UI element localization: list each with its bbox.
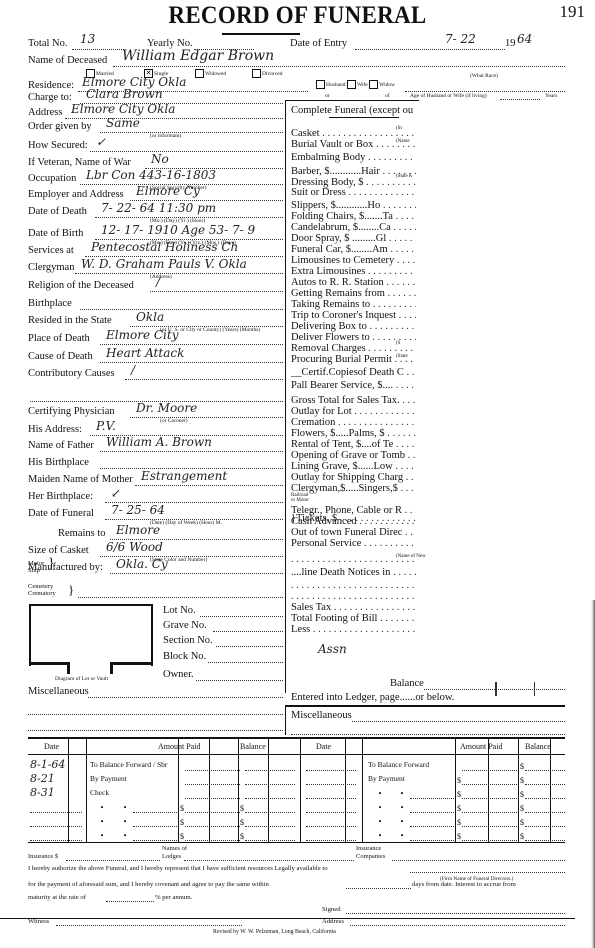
charges-heading-underline bbox=[329, 117, 399, 118]
field-label: Place of Death bbox=[28, 333, 90, 345]
ledger-balance-symbol: $ bbox=[520, 790, 524, 799]
witness-label: Witness bbox=[28, 919, 49, 925]
field-label: Resided in the State bbox=[28, 315, 112, 327]
ledger-balance-field[interactable] bbox=[245, 770, 295, 771]
date-of-entry-label: Date of Entry bbox=[290, 38, 347, 50]
field-line[interactable] bbox=[125, 379, 283, 380]
ledger-balance-field[interactable] bbox=[525, 840, 565, 841]
ledger-amount-header: Amount Paid bbox=[460, 742, 502, 751]
ledger-date-field[interactable] bbox=[306, 798, 356, 799]
ledger-date[interactable]: 8-21 bbox=[30, 772, 55, 785]
marital-widowed[interactable]: Widowed bbox=[195, 69, 226, 78]
maturity-text-a: maturity at the rate of bbox=[28, 895, 86, 901]
maturity-text-b: % per annum. bbox=[155, 895, 192, 901]
motor-ship-brace: } bbox=[48, 558, 55, 570]
misc-right-field[interactable] bbox=[352, 721, 565, 722]
ledger-desc-field[interactable] bbox=[410, 826, 454, 827]
field-sublabel: (Date) (Day of Week) (Hour) M. bbox=[150, 520, 222, 526]
grave-no-label: Grave No. bbox=[163, 620, 207, 632]
revised-by: Revised by W. W. Pelzeman, Long Beach, C… bbox=[213, 929, 336, 935]
spouse-or: or bbox=[325, 93, 330, 99]
field-value[interactable]: William A. Brown bbox=[106, 436, 212, 449]
ledger-balance-field[interactable] bbox=[245, 784, 295, 785]
ledger-amount-symbol: $ bbox=[180, 818, 184, 827]
ledger-balance-header: Balance bbox=[240, 742, 266, 751]
insurance-label: Insurance $ bbox=[28, 854, 58, 860]
ledger-balance-symbol: $ bbox=[240, 818, 244, 827]
ledger-bullet: • bbox=[378, 790, 382, 798]
ledger-divider bbox=[285, 705, 565, 707]
section-no-label: Section No. bbox=[163, 635, 213, 647]
lodges-field[interactable] bbox=[184, 860, 354, 861]
what-race-label: (What Race) bbox=[470, 73, 498, 79]
ledger-row[interactable] bbox=[28, 788, 318, 801]
crematory-label: Crematory bbox=[28, 591, 56, 597]
field-value[interactable]: / bbox=[156, 276, 160, 289]
title-underline bbox=[222, 33, 300, 35]
field-value[interactable]: 7- 25- 64 bbox=[111, 504, 165, 517]
cemetery-brace: } bbox=[68, 584, 74, 596]
ledger-bullet: • bbox=[400, 818, 404, 826]
less-value[interactable]: Assn bbox=[318, 643, 347, 656]
field-value[interactable]: Pentecostal Holiness Ch bbox=[91, 241, 238, 254]
field-label: Services at bbox=[28, 245, 74, 257]
days-field[interactable] bbox=[346, 888, 411, 889]
field-value[interactable]: 6/6 Wood bbox=[106, 541, 163, 554]
companies-field[interactable] bbox=[392, 860, 565, 861]
ledger-amount-field[interactable] bbox=[185, 798, 240, 799]
owner-field[interactable] bbox=[196, 680, 283, 681]
field-label: Her Birthplace: bbox=[28, 491, 93, 503]
ledger-description[interactable]: Check bbox=[90, 788, 109, 797]
ledger-amount-header: Amount Paid bbox=[158, 742, 200, 751]
diagram-leg-left bbox=[67, 662, 70, 674]
ledger-balance-field[interactable] bbox=[245, 798, 295, 799]
ledger-date-field[interactable] bbox=[306, 826, 356, 827]
field-value[interactable]: Estrangement bbox=[141, 470, 227, 483]
field-line[interactable] bbox=[150, 291, 283, 292]
field-line[interactable] bbox=[110, 573, 283, 574]
field-label: Name of Father bbox=[28, 440, 94, 452]
authorize-text: I hereby authorize the above Funeral, an… bbox=[28, 866, 328, 872]
ledger-row[interactable] bbox=[28, 816, 318, 829]
marital-divorced[interactable]: Divorced bbox=[252, 69, 282, 78]
ledger-date-header: Date bbox=[44, 742, 59, 751]
field-label: Charge to: bbox=[28, 92, 72, 104]
field-value[interactable]: 12- 17- 1910 Age 53- 7- 9 bbox=[101, 224, 255, 237]
diagram-leg-right bbox=[110, 662, 113, 674]
diagram-caption: Diagram of Lot or Vault bbox=[55, 676, 108, 682]
payment-text-a: for the payment of aforesaid sum, and I … bbox=[28, 882, 269, 888]
field-value[interactable]: ✓ bbox=[96, 136, 106, 149]
ledger-desc-field[interactable] bbox=[133, 840, 177, 841]
spouse-of: of bbox=[385, 93, 390, 99]
ledger-balance-symbol: $ bbox=[240, 832, 244, 841]
firm-name-field[interactable] bbox=[410, 872, 565, 873]
ledger-bullet: • bbox=[378, 832, 382, 840]
field-label: Occupation bbox=[28, 173, 76, 185]
spouse-name-line[interactable] bbox=[405, 91, 565, 92]
payment-text-b: days from date. Interest to accrue from bbox=[412, 882, 516, 888]
ledger-amount-symbol: $ bbox=[457, 790, 461, 799]
year-value[interactable]: 64 bbox=[517, 33, 532, 46]
ledger-amount-field[interactable] bbox=[462, 798, 517, 799]
ledger-date-field[interactable] bbox=[306, 770, 356, 771]
ledger-date-field[interactable] bbox=[30, 840, 82, 841]
spouse-age-unit: Years bbox=[545, 93, 557, 99]
ledger-desc-field[interactable] bbox=[133, 826, 177, 827]
deceased-name-line bbox=[113, 66, 565, 67]
ledger-header-rule bbox=[28, 754, 318, 755]
address-label: Address bbox=[322, 919, 344, 925]
misc-right-border bbox=[285, 705, 286, 735]
misc-right-label: Miscellaneous bbox=[291, 710, 352, 722]
field-label: Address bbox=[28, 107, 62, 119]
companies-label-2: Companies bbox=[356, 854, 385, 860]
ledger-balance-field[interactable] bbox=[525, 812, 565, 813]
field-value[interactable]: / bbox=[131, 364, 135, 377]
signed-field[interactable] bbox=[346, 913, 565, 914]
ledger-amount-field[interactable] bbox=[462, 812, 517, 813]
field-line[interactable] bbox=[135, 485, 283, 486]
ledger-date-field[interactable] bbox=[306, 812, 356, 813]
residence-label: Residence: bbox=[28, 80, 74, 92]
field-value[interactable]: W. D. Graham Pauls V. Okla bbox=[81, 258, 247, 271]
field-value[interactable]: Elmore Cy bbox=[136, 185, 200, 198]
field-line[interactable] bbox=[100, 344, 283, 345]
ledger-balance-field[interactable] bbox=[245, 826, 295, 827]
ledger-row[interactable] bbox=[300, 774, 565, 787]
date-of-entry-value[interactable]: 7- 22 bbox=[445, 33, 476, 46]
ledger-balance-field[interactable] bbox=[245, 840, 295, 841]
field-label: Religion of the Deceased bbox=[28, 280, 134, 292]
charges-heading: Complete Funeral (except ou bbox=[291, 105, 413, 117]
field-label: His Birthplace bbox=[28, 457, 89, 469]
cemetery-field[interactable] bbox=[78, 597, 283, 598]
field-label: Maiden Name of Mother bbox=[28, 474, 133, 486]
husband-checkbox[interactable] bbox=[316, 80, 325, 89]
ledger-balance-header: Balance bbox=[525, 742, 551, 751]
ledger-bullet: • bbox=[123, 804, 127, 812]
field-line[interactable] bbox=[100, 362, 283, 363]
ledger-description[interactable]: By Payment bbox=[90, 774, 127, 783]
charge-label: Less bbox=[291, 624, 310, 635]
ledger-bullet: • bbox=[400, 832, 404, 840]
field-line[interactable] bbox=[100, 132, 283, 133]
ledger-bullet: • bbox=[100, 804, 104, 812]
total-no-label: Total No. bbox=[28, 38, 68, 50]
misc-right-line-2[interactable] bbox=[291, 734, 565, 735]
ledger-date-header: Date bbox=[316, 742, 331, 751]
ledger-date[interactable]: 8-31 bbox=[30, 786, 55, 799]
field-line[interactable] bbox=[75, 273, 283, 274]
field-value[interactable]: 7- 22- 64 11:30 pm bbox=[101, 202, 216, 215]
ledger-balance-symbol: $ bbox=[520, 832, 524, 841]
ledger-date[interactable]: 8-1-64 bbox=[30, 758, 65, 771]
ledger-balance-symbol: $ bbox=[520, 776, 524, 785]
ledger-row[interactable] bbox=[300, 802, 565, 815]
ledger-bullet: • bbox=[100, 832, 104, 840]
lot-no-label: Lot No. bbox=[163, 605, 196, 617]
widowed-checkbox[interactable] bbox=[195, 69, 204, 78]
ledger-bottom-rule bbox=[28, 842, 565, 843]
lodges-label-1: Names of bbox=[162, 846, 187, 852]
lot-diagram bbox=[29, 604, 153, 666]
spouse-age-label: Age of Husband or Wife (if living) bbox=[410, 93, 487, 99]
ledger-amount-field[interactable] bbox=[185, 812, 240, 813]
ledger-bullet: • bbox=[400, 790, 404, 798]
ledger-amount-symbol: $ bbox=[180, 804, 184, 813]
field-value[interactable]: Okla. Cy bbox=[116, 558, 168, 571]
ledger-desc-field[interactable] bbox=[410, 812, 454, 813]
ledger-balance-symbol: $ bbox=[520, 818, 524, 827]
field-value[interactable]: No bbox=[151, 153, 169, 166]
ledger-balance-field[interactable] bbox=[245, 812, 295, 813]
block-no-label: Block No. bbox=[163, 651, 206, 663]
spouse-age-field[interactable] bbox=[500, 99, 540, 100]
deceased-name-label: Name of Deceased bbox=[28, 55, 107, 67]
interest-rate-field[interactable] bbox=[106, 901, 154, 902]
ledger-date-field[interactable] bbox=[306, 840, 356, 841]
ledger-amount-symbol: $ bbox=[457, 818, 461, 827]
field-label: Size of Casket bbox=[28, 545, 89, 557]
ledger-amount-field[interactable] bbox=[462, 770, 517, 771]
ledger-date-field[interactable] bbox=[30, 826, 82, 827]
field-label: Order given by bbox=[28, 121, 92, 133]
field-value[interactable]: Dr. Moore bbox=[136, 402, 197, 415]
spouse-options: Husband Wife Widow bbox=[316, 80, 395, 89]
field-sublabel: (Address) bbox=[150, 274, 172, 280]
ledger-amount-symbol: $ bbox=[457, 832, 461, 841]
insurance-field[interactable] bbox=[66, 860, 160, 861]
ledger-bullet: • bbox=[378, 818, 382, 826]
balance-mark-1 bbox=[495, 682, 497, 696]
field-value[interactable]: ↙ bbox=[111, 487, 121, 500]
ledger-bullet: • bbox=[378, 804, 382, 812]
ledger-amount-field[interactable] bbox=[462, 784, 517, 785]
owner-label: Owner. bbox=[163, 669, 194, 681]
field-line[interactable] bbox=[65, 118, 283, 119]
balance-label: Balance bbox=[390, 678, 424, 690]
ledger-row[interactable] bbox=[300, 788, 565, 801]
field-value[interactable]: Elmore bbox=[116, 524, 160, 537]
ledger-balance-field[interactable] bbox=[525, 784, 565, 785]
ledger-bullet: • bbox=[123, 832, 127, 840]
field-value[interactable]: Clara Brown bbox=[86, 88, 163, 101]
ledger-bullet: • bbox=[400, 804, 404, 812]
ledger-date-field[interactable] bbox=[306, 784, 356, 785]
field-label: Contributory Causes bbox=[28, 368, 115, 380]
grave-no-field[interactable] bbox=[213, 631, 283, 632]
witness-field[interactable] bbox=[56, 925, 242, 926]
misc-left-line-3[interactable] bbox=[28, 730, 283, 731]
charge-row[interactable]: Less . . . . . . . . . . . . . . . . . .… bbox=[291, 617, 416, 636]
year-prefix: 19 bbox=[505, 38, 516, 50]
field-value[interactable]: Lbr Con 443-16-1803 bbox=[86, 169, 216, 182]
ledger-balance-field[interactable] bbox=[525, 826, 565, 827]
address-field[interactable] bbox=[350, 925, 565, 926]
field-label: Date of Funeral bbox=[28, 508, 94, 520]
ledger-balance-symbol: $ bbox=[520, 804, 524, 813]
ledger-description[interactable]: To Balance Forward / Sbr bbox=[90, 760, 167, 769]
lot-no-field[interactable] bbox=[200, 616, 283, 617]
ledger-balance-symbol: $ bbox=[240, 804, 244, 813]
ledger-date-field[interactable] bbox=[30, 812, 82, 813]
field-value[interactable]: Same bbox=[106, 117, 140, 130]
ledger-balance-symbol: $ bbox=[520, 762, 524, 771]
field-label: How Secured: bbox=[28, 140, 88, 152]
widow-checkbox[interactable] bbox=[369, 80, 378, 89]
ledger-amount-field[interactable] bbox=[185, 826, 240, 827]
ledger-row[interactable] bbox=[28, 802, 318, 815]
lodges-label-2: Lodges bbox=[162, 854, 181, 860]
section-no-field[interactable] bbox=[216, 646, 283, 647]
total-no-line bbox=[72, 49, 124, 50]
companies-label-1: Insurance bbox=[356, 846, 381, 852]
wife-checkbox[interactable] bbox=[347, 80, 356, 89]
field-label: Employer and Address bbox=[28, 189, 124, 201]
ledger-row[interactable] bbox=[28, 774, 318, 787]
field-label: Date of Birth bbox=[28, 228, 83, 240]
field-label: Cause of Death bbox=[28, 351, 93, 363]
ledger-balance-field[interactable] bbox=[525, 798, 565, 799]
misc-left-label: Miscellaneous bbox=[28, 686, 89, 698]
ledger-amount-field[interactable] bbox=[462, 840, 517, 841]
ledger-header-rule bbox=[300, 754, 565, 755]
field-label: Clergyman bbox=[28, 262, 74, 274]
field-label: Birthplace bbox=[28, 298, 72, 310]
ledger-top-rule bbox=[28, 737, 565, 739]
signature-rule bbox=[0, 918, 575, 919]
ledger-amount-symbol: $ bbox=[457, 776, 461, 785]
field-label: Certifying Physician bbox=[28, 406, 115, 418]
field-label: Remains to bbox=[58, 528, 106, 540]
field-value[interactable]: Elmore City bbox=[106, 329, 178, 342]
ledger-amount-symbol: $ bbox=[457, 804, 461, 813]
ship-label: Ship bbox=[28, 568, 40, 574]
ledger-balance-field[interactable] bbox=[525, 770, 565, 771]
diagram-bottom-right bbox=[111, 662, 152, 665]
ledger-amount-field[interactable] bbox=[185, 784, 240, 785]
ledger-bullet: • bbox=[123, 818, 127, 826]
deceased-name-value[interactable]: William Edgar Brown bbox=[122, 50, 274, 63]
block-no-field[interactable] bbox=[208, 662, 283, 663]
balance-mark-2 bbox=[534, 682, 535, 696]
diagram-bottom-left bbox=[29, 662, 69, 665]
ledger-desc-field[interactable] bbox=[133, 812, 177, 813]
ledger-bullet: • bbox=[100, 818, 104, 826]
field-label: His Address: bbox=[28, 424, 82, 436]
field-sublabel: (or Coroner) bbox=[160, 418, 188, 424]
field-value[interactable]: Elmore City Okla bbox=[71, 103, 175, 116]
field-value[interactable]: Heart Attack bbox=[106, 347, 184, 360]
page-title: RECORD OF FUNERAL bbox=[24, 2, 571, 30]
misc-left-line-2[interactable] bbox=[28, 714, 283, 715]
divorced-checkbox[interactable] bbox=[252, 69, 261, 78]
field-line[interactable] bbox=[90, 151, 283, 152]
field-value[interactable]: P.V. bbox=[96, 420, 116, 433]
ledger-desc-field[interactable] bbox=[410, 840, 454, 841]
date-of-entry-line bbox=[355, 49, 505, 50]
field-line[interactable] bbox=[80, 309, 283, 310]
ledger-amount-symbol: $ bbox=[180, 832, 184, 841]
signed-label: Signed bbox=[322, 907, 341, 913]
field-value[interactable]: Okla bbox=[136, 311, 164, 324]
ledger-row[interactable] bbox=[300, 816, 565, 829]
misc-left-field[interactable] bbox=[88, 697, 283, 698]
field-line[interactable] bbox=[130, 417, 283, 418]
ledger-amount-field[interactable] bbox=[185, 840, 240, 841]
ledger-row[interactable] bbox=[28, 760, 318, 773]
ledger-desc-field[interactable] bbox=[410, 798, 454, 799]
field-label: Date of Death bbox=[28, 206, 87, 218]
ledger-row[interactable] bbox=[300, 760, 565, 773]
field-line[interactable] bbox=[100, 451, 283, 452]
ledger-entry-label: Entered into Ledger, page......or below. bbox=[291, 692, 454, 704]
ledger-description[interactable]: By Payment bbox=[368, 774, 405, 783]
field-sublabel: (or informant) bbox=[150, 133, 181, 139]
page-number: 191 bbox=[560, 2, 586, 22]
ledger-amount-field[interactable] bbox=[185, 770, 240, 771]
scan-edge bbox=[591, 600, 595, 948]
ledger-amount-field[interactable] bbox=[462, 826, 517, 827]
charge-dots: . . . . . . . . . . . . . . . . . . . . bbox=[310, 624, 415, 635]
ledger-description[interactable]: To Balance Forward bbox=[368, 760, 429, 769]
total-no-value[interactable]: 13 bbox=[80, 33, 95, 46]
